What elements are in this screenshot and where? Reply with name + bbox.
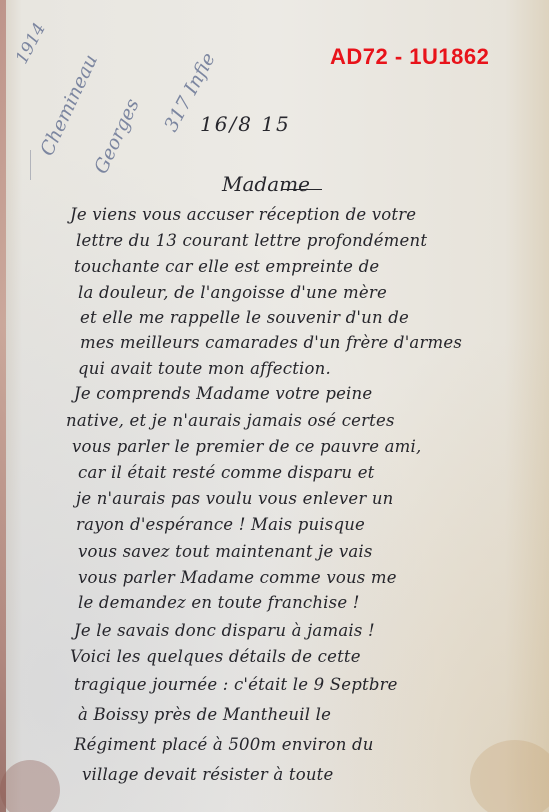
letter-line: et elle me rappelle le souvenir d'un de <box>80 308 409 327</box>
letter-line: vous savez tout maintenant je vais <box>78 542 373 561</box>
letter-line: Voici les quelques détails de cette <box>70 647 361 666</box>
pencil-year-annotation: 1914 <box>12 20 50 68</box>
letter-line: le demandez en toute franchise ! <box>78 593 360 612</box>
pencil-firstname-annotation: Georges <box>90 95 144 177</box>
letter-line: Je comprends Madame votre peine <box>74 384 372 403</box>
letter-line: touchante car elle est empreinte de <box>74 257 379 276</box>
letter-line: à Boissy près de Mantheuil le <box>78 705 331 724</box>
pencil-surname-annotation: Chemineau <box>36 51 102 159</box>
paper-stain <box>470 740 549 812</box>
letter-line: vous parler Madame comme vous me <box>78 568 397 587</box>
letter-line: je n'aurais pas voulu vous enlever un <box>76 489 394 508</box>
letter-line: tragique journée : c'était le 9 Septbre <box>74 675 398 694</box>
page-edge <box>0 0 6 812</box>
letter-date: 16/8 15 <box>200 112 291 136</box>
letter-salutation: Madame <box>222 172 310 196</box>
archive-reference-label: AD72 - 1U1862 <box>330 44 489 70</box>
letter-line: vous parler le premier de ce pauvre ami, <box>72 437 421 456</box>
letter-line: la douleur, de l'angoisse d'une mère <box>78 283 387 302</box>
paper-stain <box>0 760 60 812</box>
letter-line: Je viens vous accuser réception de votre <box>70 205 416 224</box>
letter-line: village devait résister à toute <box>82 765 333 784</box>
letter-line: mes meilleurs camarades d'un frère d'arm… <box>80 333 462 352</box>
margin-mark <box>30 150 31 180</box>
letter-line: rayon d'espérance ! Mais puisque <box>76 515 365 534</box>
letter-line: qui avait toute mon affection. <box>78 359 331 378</box>
letter-line: native, et je n'aurais jamais osé certes <box>66 411 395 430</box>
letter-line: Régiment placé à 500m environ du <box>74 735 374 754</box>
letter-line: car il était resté comme disparu et <box>78 463 375 482</box>
scanned-letter-page: AD72 - 1U1862 1914 Chemineau Georges 317… <box>0 0 549 812</box>
letter-line: Je le savais donc disparu à jamais ! <box>74 621 375 640</box>
letter-line: lettre du 13 courant lettre profondément <box>76 231 427 250</box>
